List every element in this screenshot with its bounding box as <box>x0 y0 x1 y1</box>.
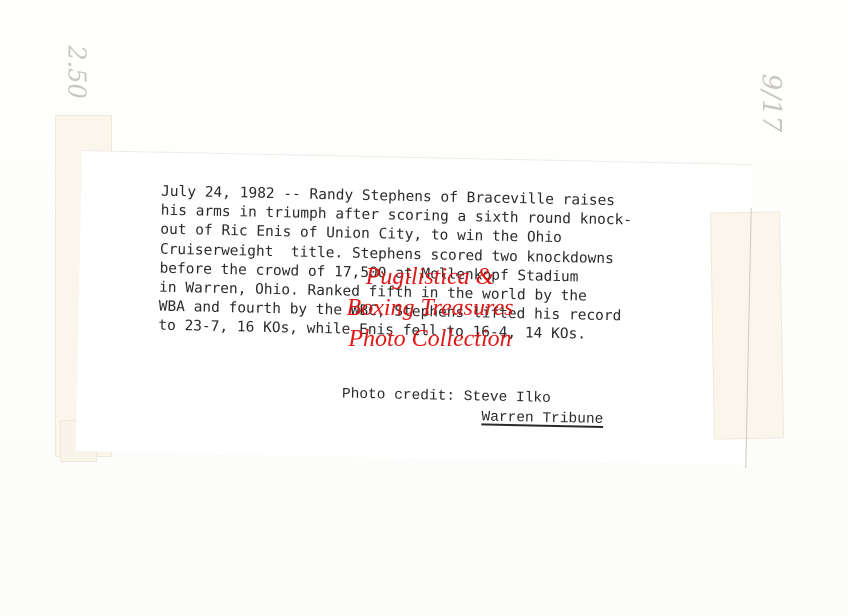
collection-watermark: Pugilistica & Boxing Treasures Photo Col… <box>300 262 560 355</box>
watermark-line: Pugilistica & <box>300 262 560 293</box>
pencil-date-note: 9/17 <box>756 74 786 132</box>
photo-credit: Photo credit: Steve Ilko Warren Tribune <box>341 384 604 429</box>
watermark-line: Boxing Treasures <box>300 293 560 324</box>
credit-photographer: Steve Ilko <box>464 389 551 407</box>
pencil-price-note: 2.50 <box>63 45 91 98</box>
photo-back-paper: 2.50 9/17 July 24, 1982 -- Randy Stephen… <box>0 0 848 616</box>
watermark-line: Photo Collection <box>300 324 560 355</box>
credit-line: Photo credit: Steve Ilko <box>342 384 604 409</box>
credit-source: Warren Tribune <box>481 407 603 430</box>
credit-label: Photo credit: <box>342 386 455 404</box>
